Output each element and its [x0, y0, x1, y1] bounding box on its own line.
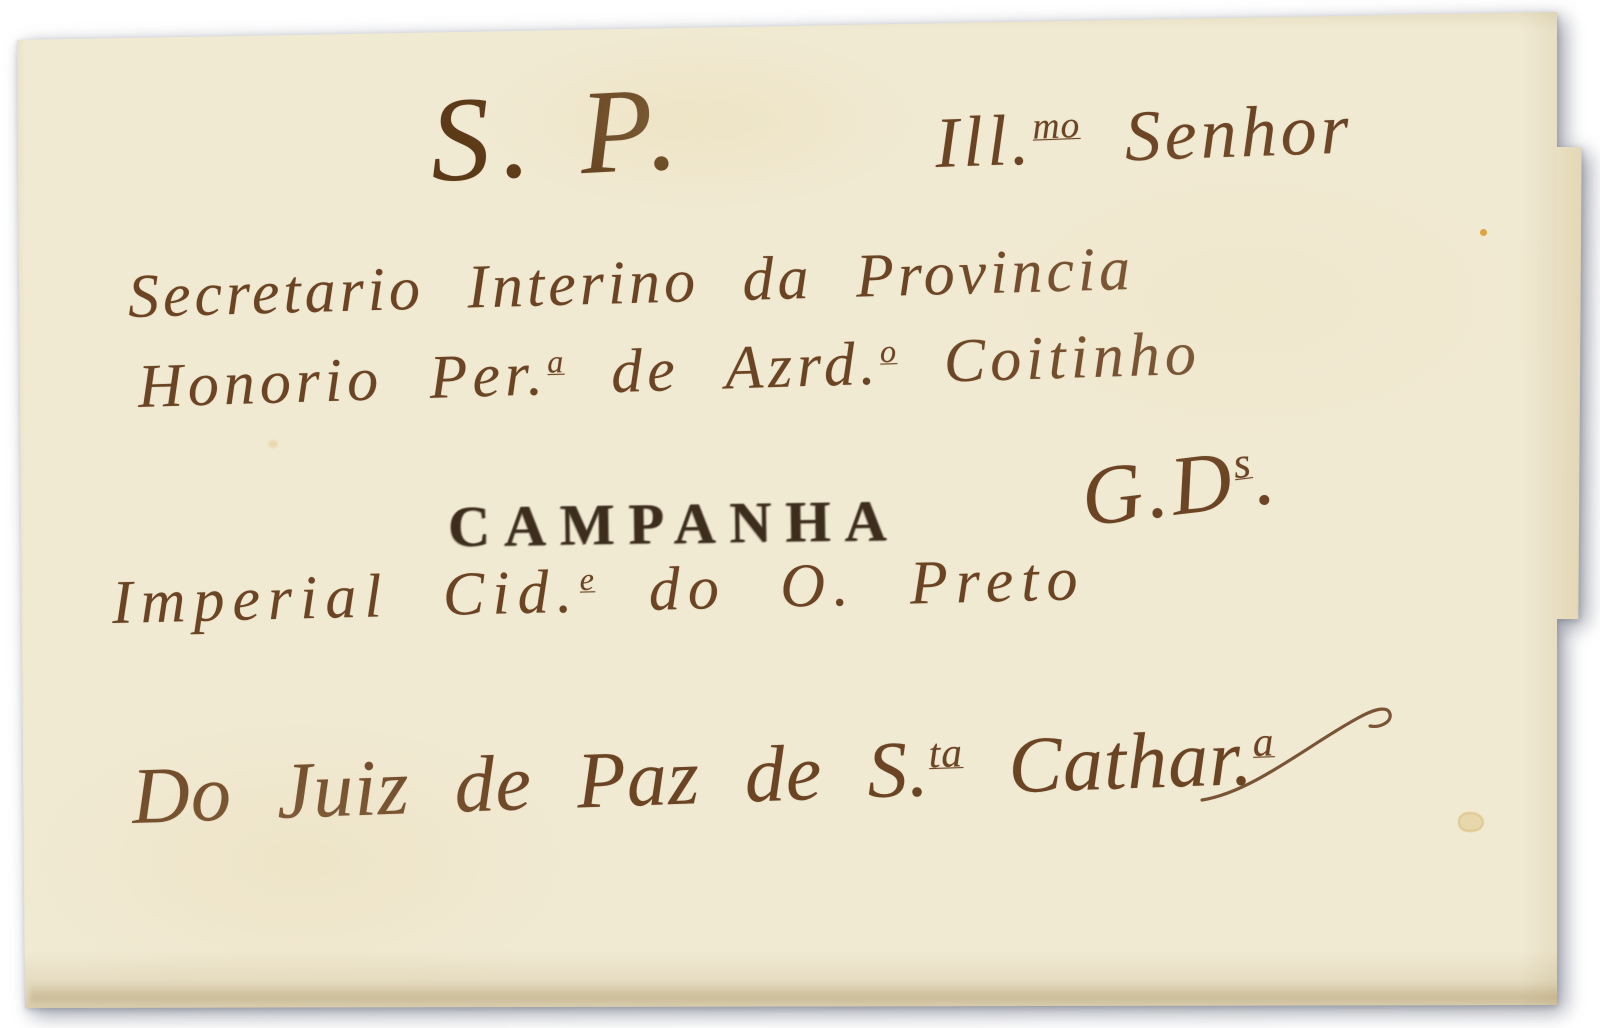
- address-line-3-part2: do O. Preto: [594, 545, 1086, 625]
- paper-stain-blob: [1458, 812, 1484, 832]
- campanha-handstamp: CAMPANHA: [448, 487, 901, 560]
- letter-cover-paper: S. P. Ill.mo Senhor Secretario Interino …: [0, 0, 1600, 1028]
- paper-stain-faint: [268, 440, 278, 448]
- fold-crease: [30, 982, 1570, 1008]
- address-line-2-sup1: a: [547, 343, 565, 380]
- ink-stain-dot: [1480, 229, 1487, 236]
- sender-line: Do Juiz de Paz de S.ta Cathar.a: [130, 712, 1276, 843]
- address-line-2-sup2: o: [879, 333, 897, 370]
- honorific-rest: Senhor: [1079, 88, 1354, 177]
- address-line-2-part1: Honorio Per.: [137, 340, 549, 421]
- address-line-2: Honorio Per.a de Azrd.o Coitinho: [137, 319, 1202, 423]
- pen-flourish-stroke: [1198, 700, 1408, 815]
- address-line-2-part2: de Azrd.: [564, 330, 882, 408]
- closing-base: G.D: [1076, 434, 1241, 545]
- address-line-3-part1: Imperial Cid.: [111, 558, 581, 637]
- honorific-line: Ill.mo Senhor: [934, 87, 1354, 185]
- honorific-superscript: mo: [1032, 105, 1081, 148]
- sender-part1: Do Juiz de Paz de S.: [130, 725, 930, 841]
- scanned-letter-scene: S. P. Ill.mo Senhor Secretario Interino …: [0, 0, 1600, 1028]
- sender-sup1: ta: [928, 729, 964, 776]
- address-line-2-part3: Coitinho: [896, 320, 1202, 398]
- address-line-3: Imperial Cid.e do O. Preto: [111, 544, 1086, 639]
- address-line-3-sup1: e: [579, 561, 595, 597]
- honorific-base: Ill.: [934, 100, 1035, 183]
- address-line-1: Secretario Interino da Provincia: [127, 234, 1135, 333]
- closing-abbreviation: G.Ds.: [1076, 426, 1284, 546]
- closing-period: .: [1247, 428, 1283, 523]
- superscription-sp: S. P.: [426, 59, 691, 210]
